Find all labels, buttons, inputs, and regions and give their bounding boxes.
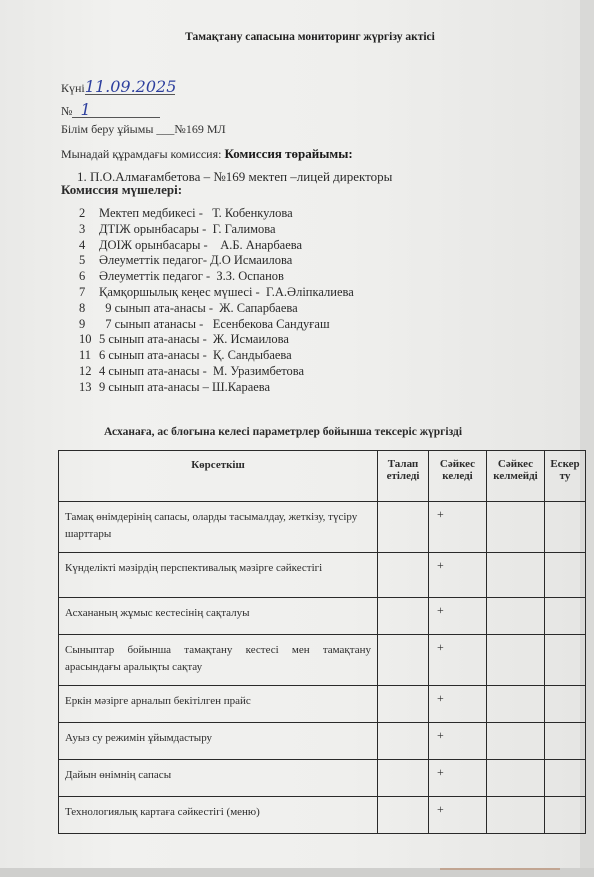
member-text: ДОІЖ орынбасары - А.Б. Анарбаева [99,238,302,252]
member-number: 10 [79,332,99,347]
commission-intro-text: Мынадай құрамдағы комиссия: [61,147,221,161]
header-indicator: Көрсеткіш [59,451,378,502]
member-number: 11 [79,348,99,363]
indicator-cell: Тамақ өнімдерінің сапасы, оларды тасымал… [59,502,378,553]
inspection-table: Көрсеткіш Талап етіледі Сәйкес келеді Сә… [58,450,586,834]
member-item: 3ДТІЖ орынбасары - Г. Галимова [79,222,354,238]
not-complies-cell [487,502,545,553]
member-text: 9 сынып ата-анасы - Ж. Сапарбаева [99,301,298,315]
not-complies-cell [487,635,545,686]
member-number: 5 [79,253,99,268]
member-item: 124 сынып ата-анасы - М. Уразимбетова [79,364,354,380]
table-row: Сыныптар бойынша тамақтану кестесі мен т… [59,635,586,686]
header-complies: Сәйкес келеді [429,451,487,502]
member-item: 8 9 сынып ата-анасы - Ж. Сапарбаева [79,301,354,317]
complies-cell: + [429,723,487,760]
member-number: 3 [79,222,99,237]
member-number: 13 [79,380,99,395]
member-item: 9 7 сынып атанасы - Есенбекова Сандуғаш [79,317,354,333]
member-item: 139 сынып ата-анасы – Ш.Караева [79,380,354,396]
number-label: № [61,104,72,118]
required-cell [378,797,429,834]
note-cell [545,797,586,834]
note-cell [545,760,586,797]
header-note: Ескер ту [545,451,586,502]
indicator-cell: Еркін мәзірге арналып бекітілген прайс [59,686,378,723]
member-number: 6 [79,269,99,284]
member-text: ДТІЖ орынбасары - Г. Галимова [99,222,276,236]
table-row: Асхананың жұмыс кестесінің сақталуы+ [59,598,586,635]
number-value: 1 [72,103,160,118]
organization-label: Білім беру ұйымы [61,122,153,136]
member-number: 7 [79,285,99,300]
organization-value: ___№169 МЛ [156,122,225,136]
member-text: 7 сынып атанасы - Есенбекова Сандуғаш [99,317,330,331]
table-row: Еркін мәзірге арналып бекітілген прайс+ [59,686,586,723]
document-title: Тамақтану сапасына мониторинг жүргізу ак… [0,31,594,43]
member-item: 105 сынып ата-анасы - Ж. Исмаилова [79,332,354,348]
table-row: Технологиялық картаға сәйкестігі (меню)+ [59,797,586,834]
indicator-cell: Күнделікті мәзірдің перспективалық мәзір… [59,553,378,598]
member-number: 2 [79,206,99,221]
indicator-cell: Асхананың жұмыс кестесінің сақталуы [59,598,378,635]
not-complies-cell [487,797,545,834]
not-complies-cell [487,686,545,723]
organization-field: Білім беру ұйымы ___№169 МЛ [61,122,226,137]
required-cell [378,723,429,760]
member-item: 5Әлеуметтік педагог- Д.О Исмаилова [79,253,354,269]
member-number: 4 [79,238,99,253]
table-row: Тамақ өнімдерінің сапасы, оларды тасымал… [59,502,586,553]
complies-cell: + [429,797,487,834]
section-title: Асханаға, ас блогына келесі параметрлер … [104,426,462,438]
members-list: 2Мектеп медбикесі - Т. Кобенкулова3ДТІЖ … [79,206,354,396]
indicator-cell: Ауыз су режимін ұйымдастыру [59,723,378,760]
date-value: 11.09.2025 [85,80,175,95]
complies-cell: + [429,502,487,553]
indicator-cell: Сыныптар бойынша тамақтану кестесі мен т… [59,635,378,686]
required-cell [378,686,429,723]
not-complies-cell [487,553,545,598]
member-text: Әлеуметтік педагог- Д.О Исмаилова [99,253,292,267]
member-item: 116 сынып ата-анасы - Қ. Сандыбаева [79,348,354,364]
note-cell [545,635,586,686]
complies-cell: + [429,686,487,723]
required-cell [378,598,429,635]
member-number: 12 [79,364,99,379]
member-number: 8 [79,301,99,316]
member-text: Мектеп медбикесі - Т. Кобенкулова [99,206,293,220]
date-label: Күні [61,81,85,95]
complies-cell: + [429,553,487,598]
member-text: 4 сынып ата-анасы - М. Уразимбетова [99,364,304,378]
member-item: 2Мектеп медбикесі - Т. Кобенкулова [79,206,354,222]
member-text: 9 сынып ата-анасы – Ш.Караева [99,380,270,394]
members-heading: Комиссия мүшелері: [61,182,182,198]
table-row: Күнделікті мәзірдің перспективалық мәзір… [59,553,586,598]
document-page: Тамақтану сапасына мониторинг жүргізу ак… [0,0,580,870]
not-complies-cell [487,760,545,797]
not-complies-cell [487,723,545,760]
note-cell [545,553,586,598]
paper-stain [440,868,560,870]
required-cell [378,502,429,553]
required-cell [378,635,429,686]
header-not-complies: Сәйкес келмейді [487,451,545,502]
header-required: Талап етіледі [378,451,429,502]
complies-cell: + [429,598,487,635]
date-field: Күні11.09.2025 [61,80,175,96]
note-cell [545,502,586,553]
member-item: 4ДОІЖ орынбасары - А.Б. Анарбаева [79,238,354,254]
member-item: 7Қамқоршылық кеңес мүшесі - Г.А.Әліпкали… [79,285,354,301]
note-cell [545,723,586,760]
member-text: Әлеуметтік педагог - З.З. Оспанов [99,269,284,283]
table-row: Дайын өнімнің сапасы+ [59,760,586,797]
member-text: 5 сынып ата-анасы - Ж. Исмаилова [99,332,289,346]
required-cell [378,760,429,797]
commission-intro: Мынадай құрамдағы комиссия: Комиссия төр… [61,146,353,162]
member-number: 9 [79,317,99,332]
member-text: Қамқоршылық кеңес мүшесі - Г.А.Әліпкалие… [99,285,354,299]
chair-heading: Комиссия төрайымы: [224,146,352,161]
indicator-cell: Дайын өнімнің сапасы [59,760,378,797]
indicator-cell: Технологиялық картаға сәйкестігі (меню) [59,797,378,834]
note-cell [545,686,586,723]
required-cell [378,553,429,598]
table-row: Ауыз су режимін ұйымдастыру+ [59,723,586,760]
number-field: №1 [61,103,160,119]
table-header-row: Көрсеткіш Талап етіледі Сәйкес келеді Сә… [59,451,586,502]
note-cell [545,598,586,635]
complies-cell: + [429,635,487,686]
member-text: 6 сынып ата-анасы - Қ. Сандыбаева [99,348,292,362]
member-item: 6Әлеуметтік педагог - З.З. Оспанов [79,269,354,285]
not-complies-cell [487,598,545,635]
complies-cell: + [429,760,487,797]
